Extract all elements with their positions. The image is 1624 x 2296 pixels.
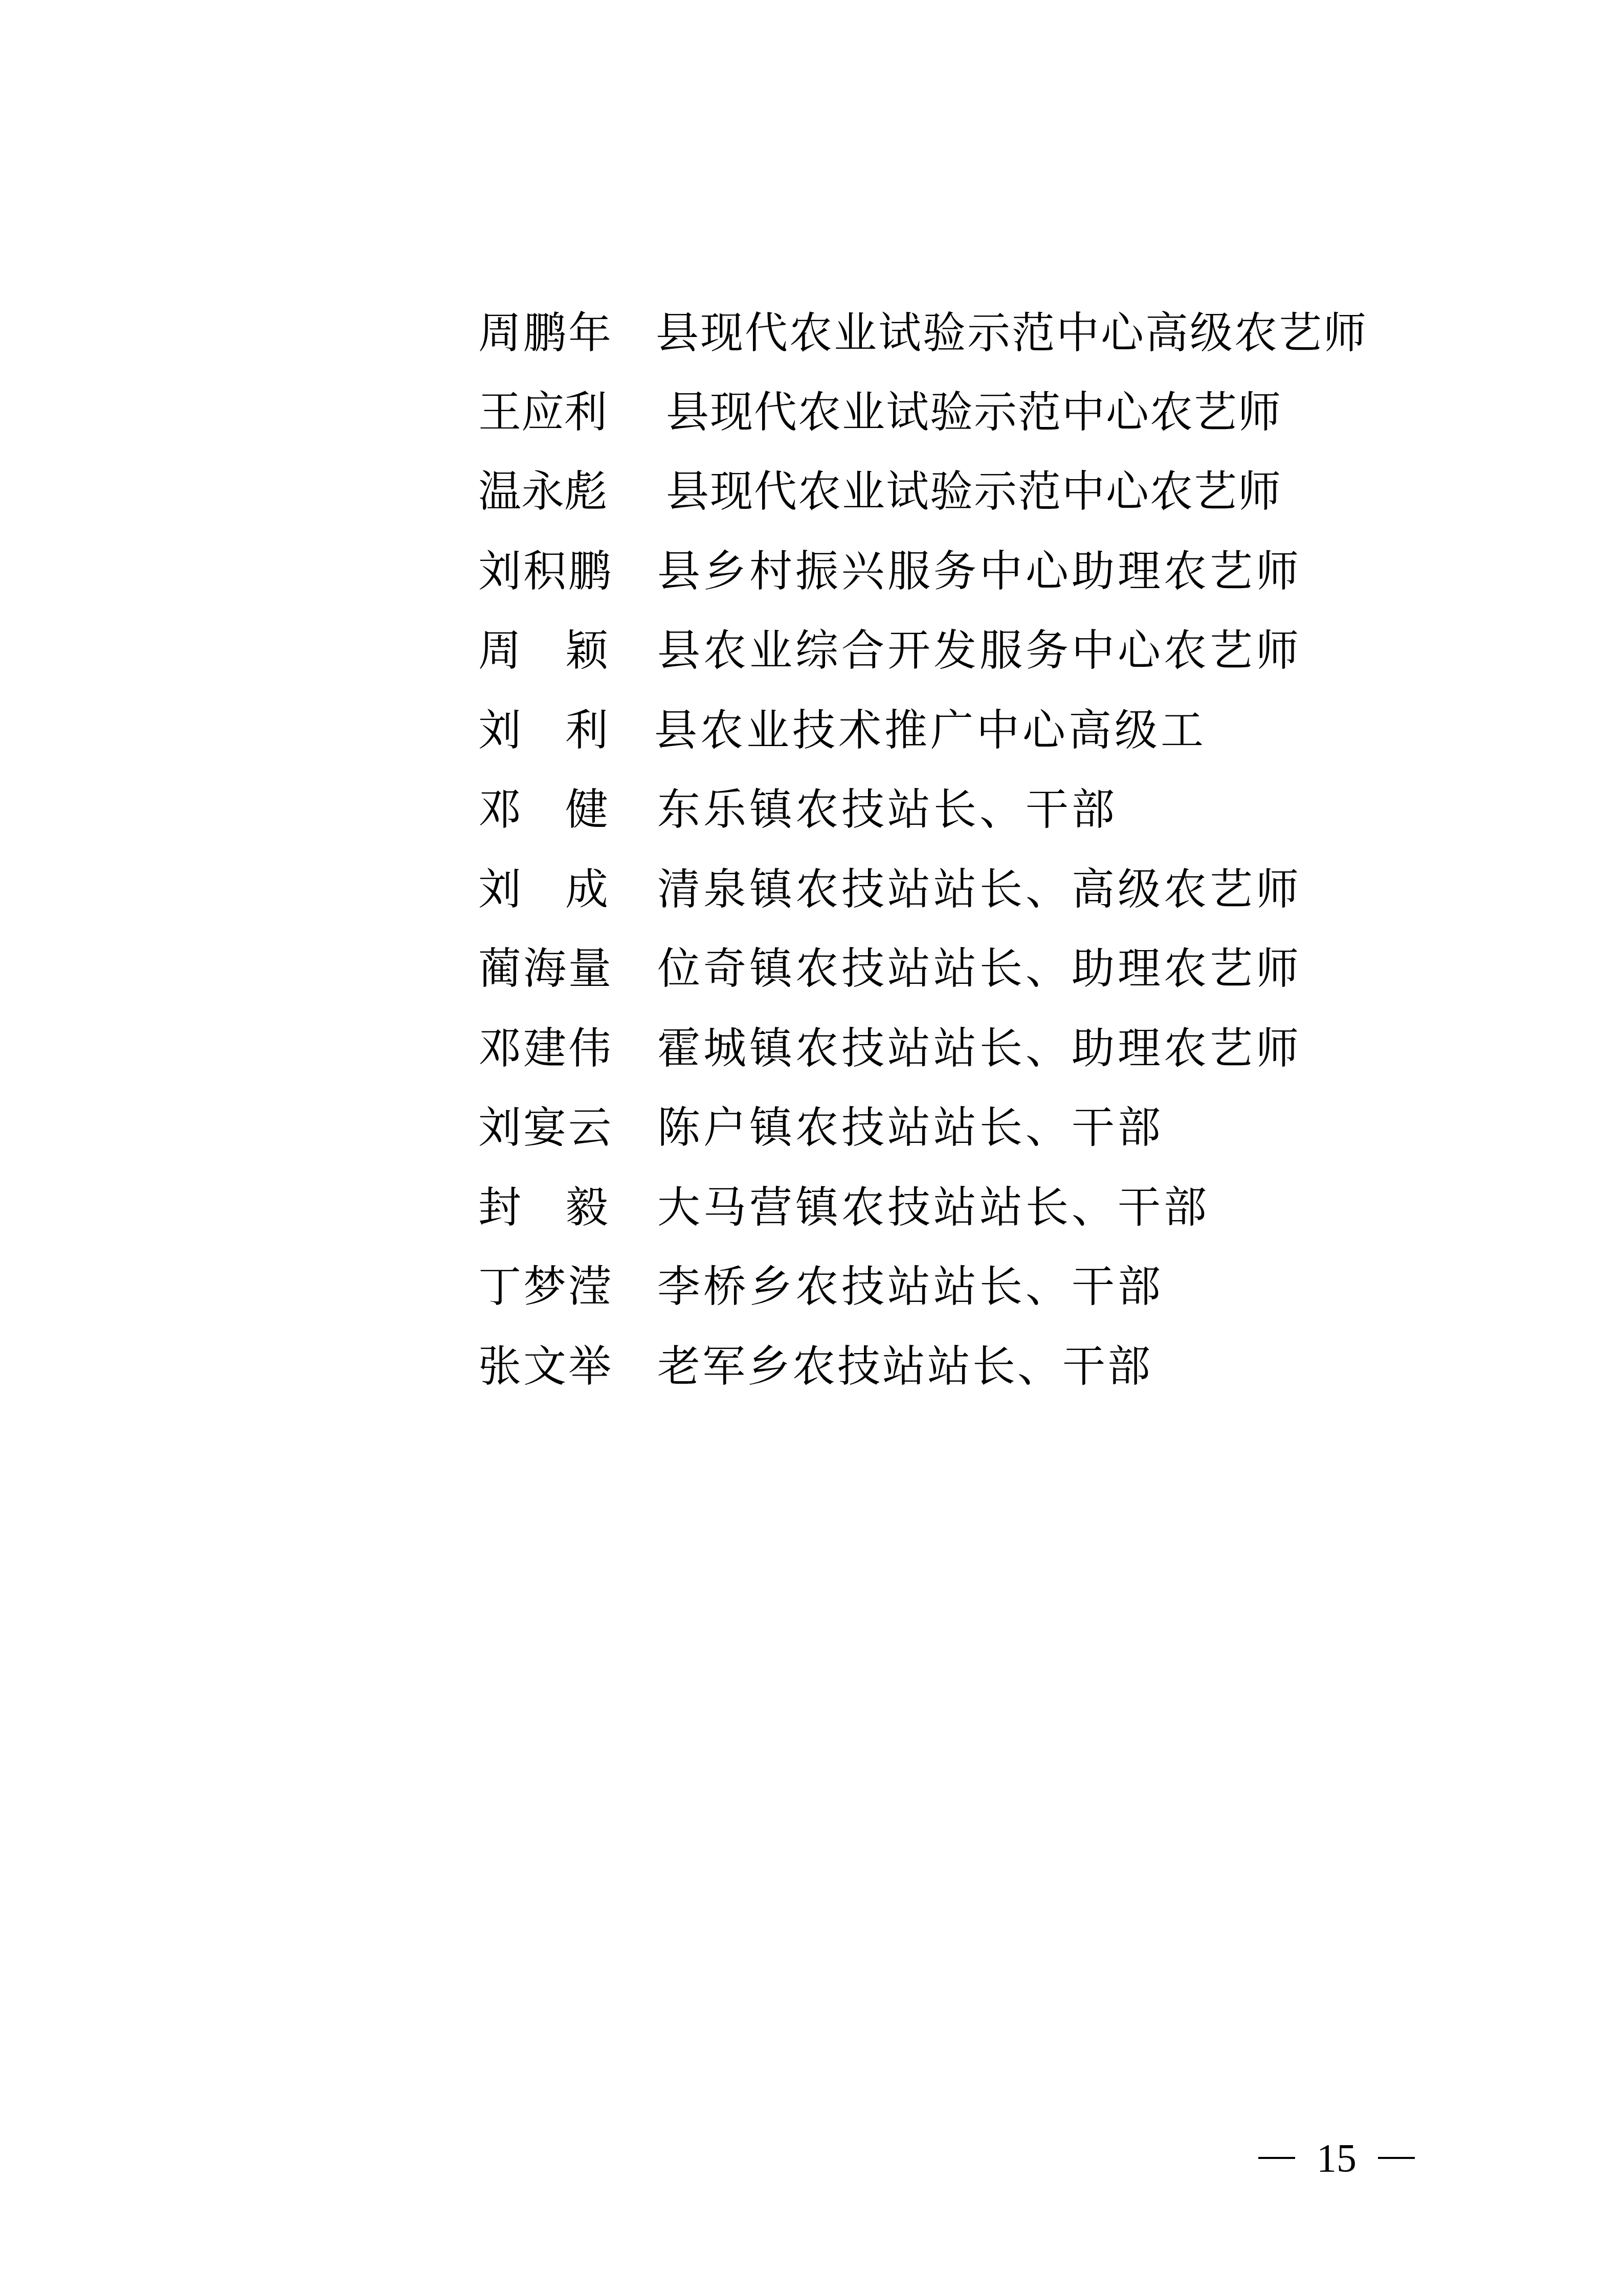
list-item: 张文举 老军乡农技站站长、干部 [0, 1341, 1624, 1392]
list-item: 周 颖 县农业综合开发服务中心农艺师 [0, 625, 1624, 676]
person-title: 老军乡农技站站长、干部 [657, 1341, 1152, 1392]
person-title: 县现代农业试验示范中心农艺师 [666, 466, 1282, 517]
page-number-footer: 15 [1258, 2132, 1415, 2184]
list-item: 刘宴云 陈户镇农技站站长、干部 [0, 1102, 1624, 1153]
list-item: 周鹏年 县现代农业试验示范中心高级农艺师 [0, 307, 1624, 358]
person-title: 县现代农业试验示范中心高级农艺师 [656, 307, 1368, 358]
list-item: 王应利 县现代农业试验示范中心农艺师 [0, 387, 1624, 438]
list-item: 封 毅 大马营镇农技站站长、干部 [0, 1182, 1624, 1233]
name-char: 毅 [565, 1182, 608, 1233]
list-item: 刘积鹏 县乡村振兴服务中心助理农艺师 [0, 546, 1624, 597]
page-number: 15 [1317, 2135, 1356, 2181]
person-title: 东乐镇农技站长、干部 [657, 784, 1118, 835]
list-item: 邓 健 东乐镇农技站长、干部 [0, 784, 1624, 835]
name-char: 利 [565, 705, 608, 756]
person-title: 大马营镇农技站站长、干部 [657, 1182, 1210, 1233]
person-title: 位奇镇农技站站长、助理农艺师 [657, 943, 1302, 994]
person-name: 刘宴云 [478, 1102, 613, 1153]
person-title: 陈户镇农技站站长、干部 [657, 1102, 1164, 1153]
dash-right [1378, 2157, 1415, 2159]
document-page: 周鹏年 县现代农业试验示范中心高级农艺师 王应利 县现代农业试验示范中心农艺师 … [0, 0, 1624, 2296]
name-char: 刘 [478, 864, 521, 915]
list-item: 刘 成 清泉镇农技站站长、高级农艺师 [0, 864, 1624, 915]
name-char: 邓 [478, 784, 521, 835]
person-title: 县农业综合开发服务中心农艺师 [657, 625, 1302, 676]
person-name: 蔺海量 [478, 943, 613, 994]
person-title: 县乡村振兴服务中心助理农艺师 [657, 546, 1302, 597]
person-name: 张文举 [478, 1341, 613, 1392]
list-item: 温永彪 县现代农业试验示范中心农艺师 [0, 466, 1624, 517]
person-title: 县农业技术推广中心高级工 [654, 705, 1207, 756]
person-name: 丁梦滢 [478, 1261, 613, 1312]
person-title: 霍城镇农技站站长、助理农艺师 [657, 1023, 1302, 1074]
list-item: 刘 利 县农业技术推广中心高级工 [0, 705, 1624, 756]
name-char: 封 [478, 1182, 521, 1233]
name-char: 周 [478, 625, 521, 676]
person-name: 刘积鹏 [478, 546, 613, 597]
person-name: 周鹏年 [478, 307, 613, 358]
list-item: 蔺海量 位奇镇农技站站长、助理农艺师 [0, 943, 1624, 994]
dash-left [1258, 2157, 1295, 2159]
person-title: 县现代农业试验示范中心农艺师 [666, 387, 1282, 438]
name-char: 颖 [565, 625, 608, 676]
name-char: 健 [565, 784, 608, 835]
name-char: 成 [565, 864, 608, 915]
person-title: 清泉镇农技站站长、高级农艺师 [657, 864, 1302, 915]
person-name: 王应利 [478, 387, 607, 438]
person-name: 邓建伟 [478, 1023, 613, 1074]
person-title: 李桥乡农技站站长、干部 [657, 1261, 1164, 1312]
person-name: 温永彪 [478, 466, 607, 517]
name-char: 刘 [478, 705, 521, 756]
list-item: 邓建伟 霍城镇农技站站长、助理农艺师 [0, 1023, 1624, 1074]
list-item: 丁梦滢 李桥乡农技站站长、干部 [0, 1261, 1624, 1312]
